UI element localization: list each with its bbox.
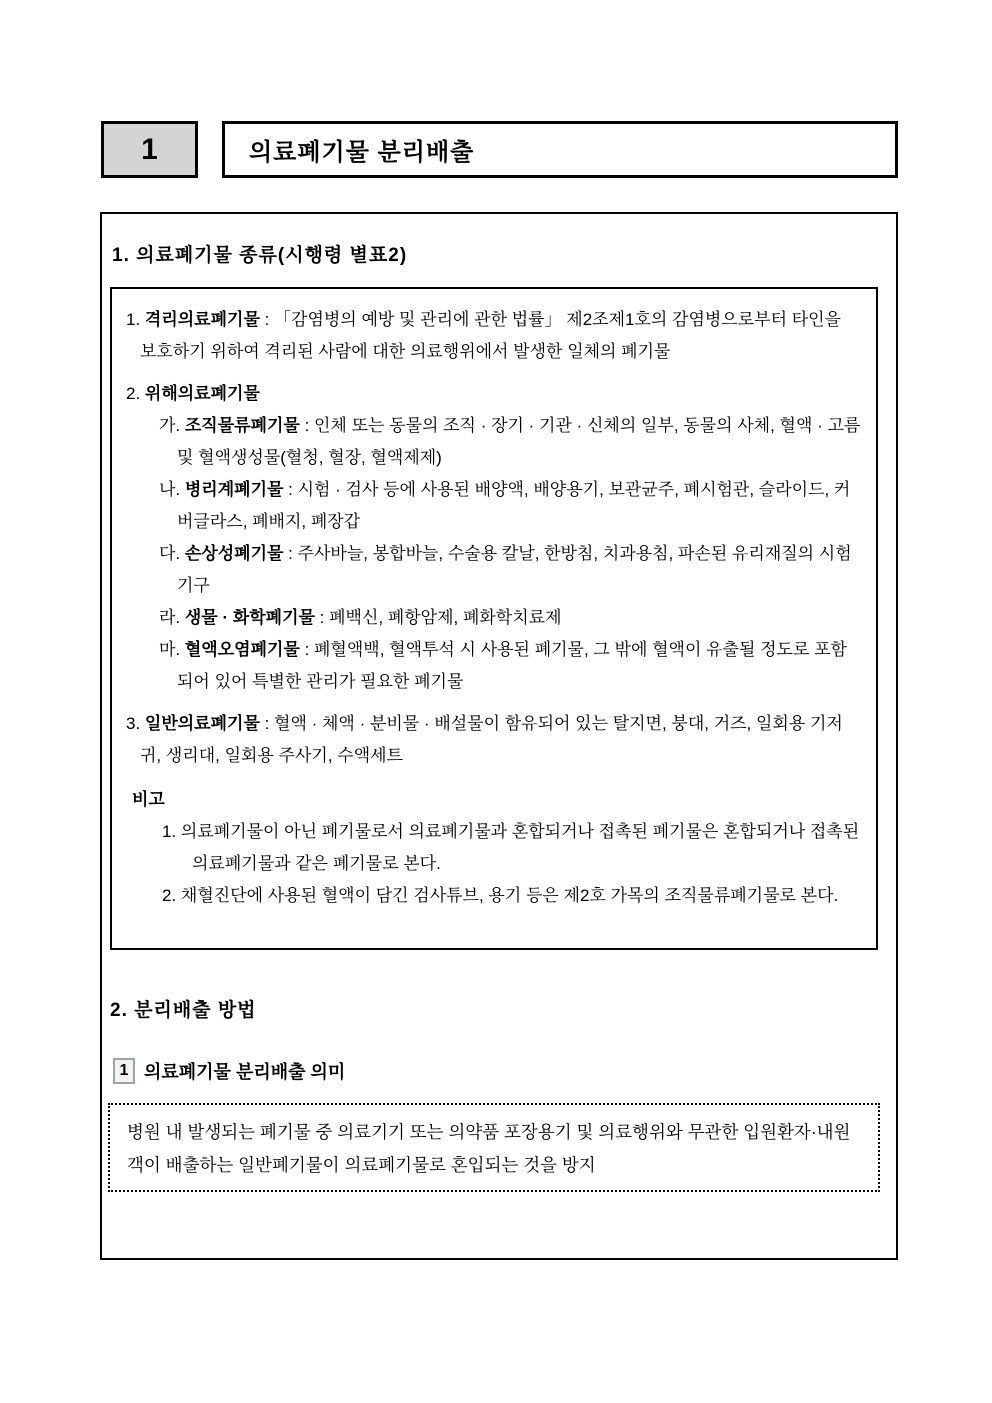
item-number: 가. [159, 416, 185, 435]
list-sub-item: 라. 생물 · 화학폐기물 : 폐백신, 폐항암제, 폐화학치료제 [126, 602, 862, 634]
section2-heading: 2. 분리배출 방법 [110, 995, 257, 1022]
item-number: 2. [162, 886, 181, 905]
item-number: 3. [126, 714, 145, 733]
list-item: 3. 일반의료폐기물 : 혈액 · 체액 · 분비물 · 배설물이 함유되어 있… [126, 708, 862, 772]
item-number: 나. [159, 480, 185, 499]
info-box-text: 병원 내 발생되는 폐기물 중 의료기기 또는 의약품 포장용기 및 의료행위와… [127, 1122, 850, 1175]
header-number: 1 [141, 133, 158, 167]
list-item: 2. 위해의료폐기물 [126, 378, 862, 410]
item-text: : 폐백신, 폐항암제, 폐화학치료제 [315, 608, 562, 627]
item-number: 2. [126, 384, 145, 403]
list-sub-item: 나. 병리계폐기물 : 시험 · 검사 등에 사용된 배양액, 배양용기, 보관… [126, 474, 862, 538]
note-title: 비고 [126, 784, 862, 816]
section2-subheading: 1 의료폐기물 분리배출 의미 [113, 1058, 345, 1084]
subheading-title: 의료폐기물 분리배출 의미 [144, 1058, 345, 1084]
item-term: 위해의료폐기물 [145, 384, 260, 403]
boxed-number-marker: 1 [113, 1058, 135, 1084]
item-text: 채혈진단에 사용된 혈액이 담긴 검사튜브, 용기 등은 제2호 가목의 조직물… [181, 886, 838, 905]
meaning-info-box: 병원 내 발생되는 폐기물 중 의료기기 또는 의약품 포장용기 및 의료행위와… [108, 1103, 880, 1192]
item-term: 격리의료폐기물 [145, 310, 260, 329]
header-number-box: 1 [101, 121, 198, 178]
item-number: 1. [126, 310, 145, 329]
item-number: 1. [162, 822, 181, 841]
waste-type-list-box: 1. 격리의료폐기물 : 「감염병의 예방 및 관리에 관한 법률」 제2조제1… [110, 287, 878, 950]
item-term: 일반의료폐기물 [145, 714, 260, 733]
note-item: 2. 채혈진단에 사용된 혈액이 담긴 검사튜브, 용기 등은 제2호 가목의 … [126, 880, 862, 912]
list-sub-item: 마. 혈액오염폐기물 : 폐혈액백, 혈액투석 시 사용된 폐기물, 그 밖에 … [126, 634, 862, 698]
item-term: 혈액오염폐기물 [185, 640, 300, 659]
list-sub-item: 가. 조직물류폐기물 : 인체 또는 동물의 조직 · 장기 · 기관 · 신체… [126, 410, 862, 474]
item-term: 손상성폐기물 [185, 544, 284, 563]
item-number: 마. [159, 640, 185, 659]
item-text: 의료폐기물이 아닌 폐기물로서 의료폐기물과 혼합되거나 접촉된 폐기물은 혼합… [181, 822, 859, 873]
item-number: 라. [159, 608, 185, 627]
list-sub-item: 다. 손상성폐기물 : 주사바늘, 봉합바늘, 수술용 칼날, 한방침, 치과용… [126, 538, 862, 602]
header-title-box: 의료폐기물 분리배출 [222, 121, 898, 178]
item-term: 병리계폐기물 [185, 480, 284, 499]
page-title: 의료폐기물 분리배출 [249, 132, 474, 167]
note-item: 1. 의료폐기물이 아닌 폐기물로서 의료폐기물과 혼합되거나 접촉된 폐기물은… [126, 816, 862, 880]
item-term: 조직물류폐기물 [185, 416, 300, 435]
item-number: 다. [159, 544, 185, 563]
item-term: 생물 · 화학폐기물 [185, 608, 315, 627]
document-page: 1 의료폐기물 분리배출 1. 의료폐기물 종류(시행령 별표2) 1. 격리의… [0, 0, 992, 1403]
section1-heading: 1. 의료폐기물 종류(시행령 별표2) [112, 240, 407, 267]
list-item: 1. 격리의료폐기물 : 「감염병의 예방 및 관리에 관한 법률」 제2조제1… [126, 304, 862, 368]
